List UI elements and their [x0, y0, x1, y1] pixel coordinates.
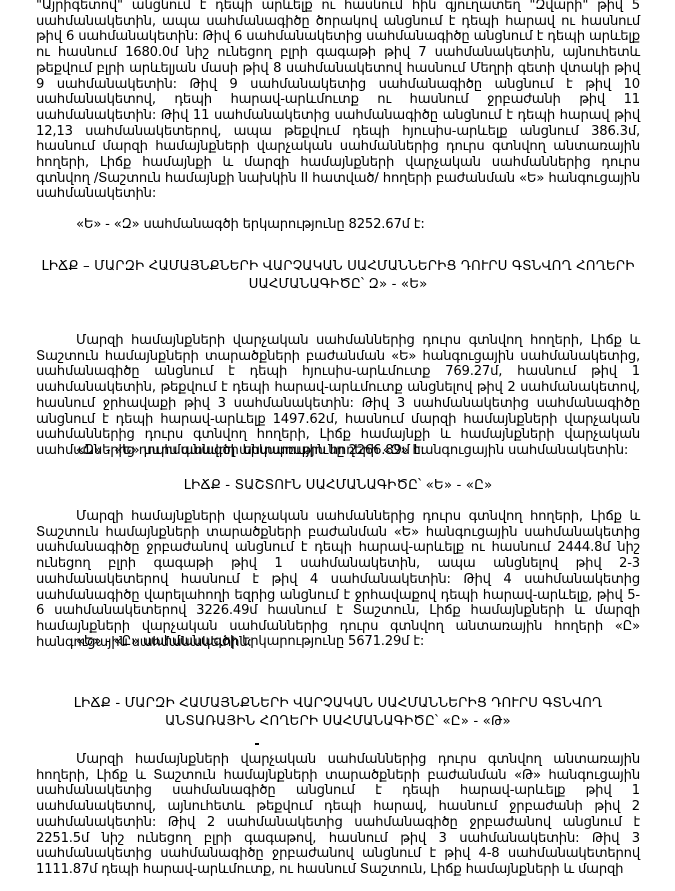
section-heading-lichk-tashtun: ԼԻՃՔ - ՏԱՇՏՈՒՆ ՍԱՀՄԱՆԱԳԻԾԸ՝ «Ե» - «Ը»	[36, 477, 640, 495]
stray-dash-mark	[255, 743, 259, 745]
boundary-length-z-e: «Զ» - «Ե» սահմանագծի երկարությունը 2266.…	[76, 443, 636, 459]
section-paragraph-y-t: Մարզի համայնքների վարչական սահմաններից դ…	[36, 752, 640, 878]
section-heading-lichk-forest-lands: ԼԻՃՔ - ՄԱՐԶԻ ՀԱՄԱՅՆՔՆԵՐԻ ՎԱՐՉԱԿԱՆ ՍԱՀՄԱՆ…	[36, 695, 640, 731]
boundary-length-e-y: «Ե» - «Ը» սահմանագծի երկարությունը 5671.…	[76, 634, 636, 650]
boundary-length-e-z: «Ե» - «Զ» սահմանագծի երկարությունը 8252.…	[76, 217, 636, 233]
section-paragraph-e-y: Մարզի համայնքների վարչական սահմաններից դ…	[36, 509, 640, 650]
section-heading-lichk-marz-lands: ԼԻՃՔ – ՄԱՐԶԻ ՀԱՄԱՅՆՔՆԵՐԻ ՎԱՐՉԱԿԱՆ ՍԱՀՄԱՆ…	[36, 258, 640, 294]
section-paragraph-z-e: Մարզի համայնքների վարչական սահմաններից դ…	[36, 333, 640, 459]
paragraph-continued: "Այրիգետով" անցնում է դեպի արևելք ու հաս…	[36, 0, 640, 202]
document-page: "Այրիգետով" անցնում է դեպի արևելք ու հաս…	[0, 0, 675, 891]
